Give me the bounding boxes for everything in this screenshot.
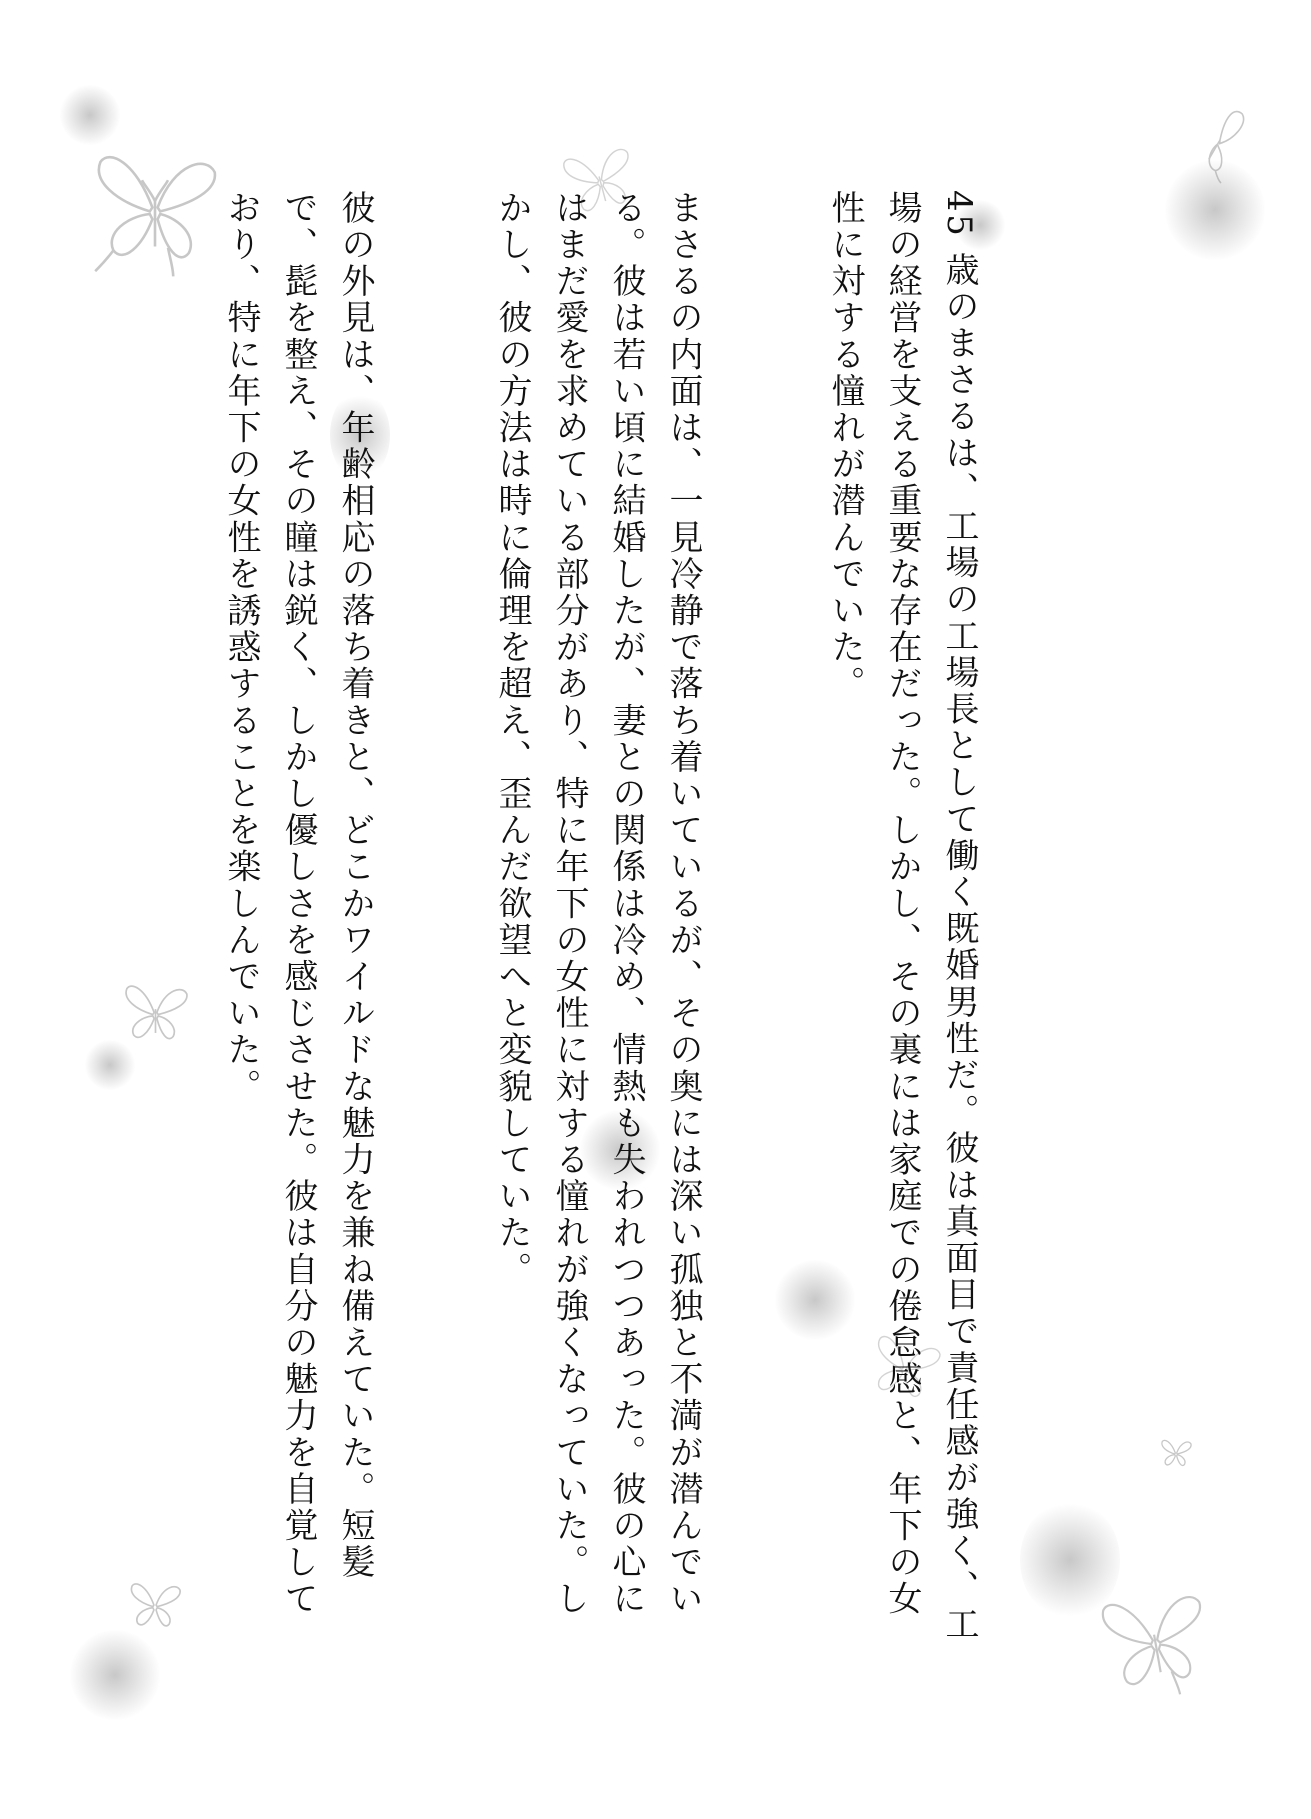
butterfly-icon	[125, 1575, 185, 1635]
butterfly-icon	[1155, 1435, 1197, 1471]
paragraph-2: まさるの内面は、一見冷静で落ち着いているが、その奥には深い孤独と不満が潜んでいる…	[483, 190, 711, 1650]
butterfly-icon	[90, 135, 220, 280]
butterfly-icon	[1090, 1571, 1219, 1708]
paragraph-1: 45 歳のまさるは、工場の工場長として働く既婚男性だ。彼は真面目で責任感が強く、…	[816, 190, 987, 1650]
butterfly-icon	[118, 975, 193, 1050]
paragraph-3: 彼の外見は、年齢相応の落ち着きと、どこかワイルドな魅力を兼ね備えていた。短髪で、…	[212, 190, 383, 1650]
blur-dot-decoration	[70, 1630, 160, 1720]
